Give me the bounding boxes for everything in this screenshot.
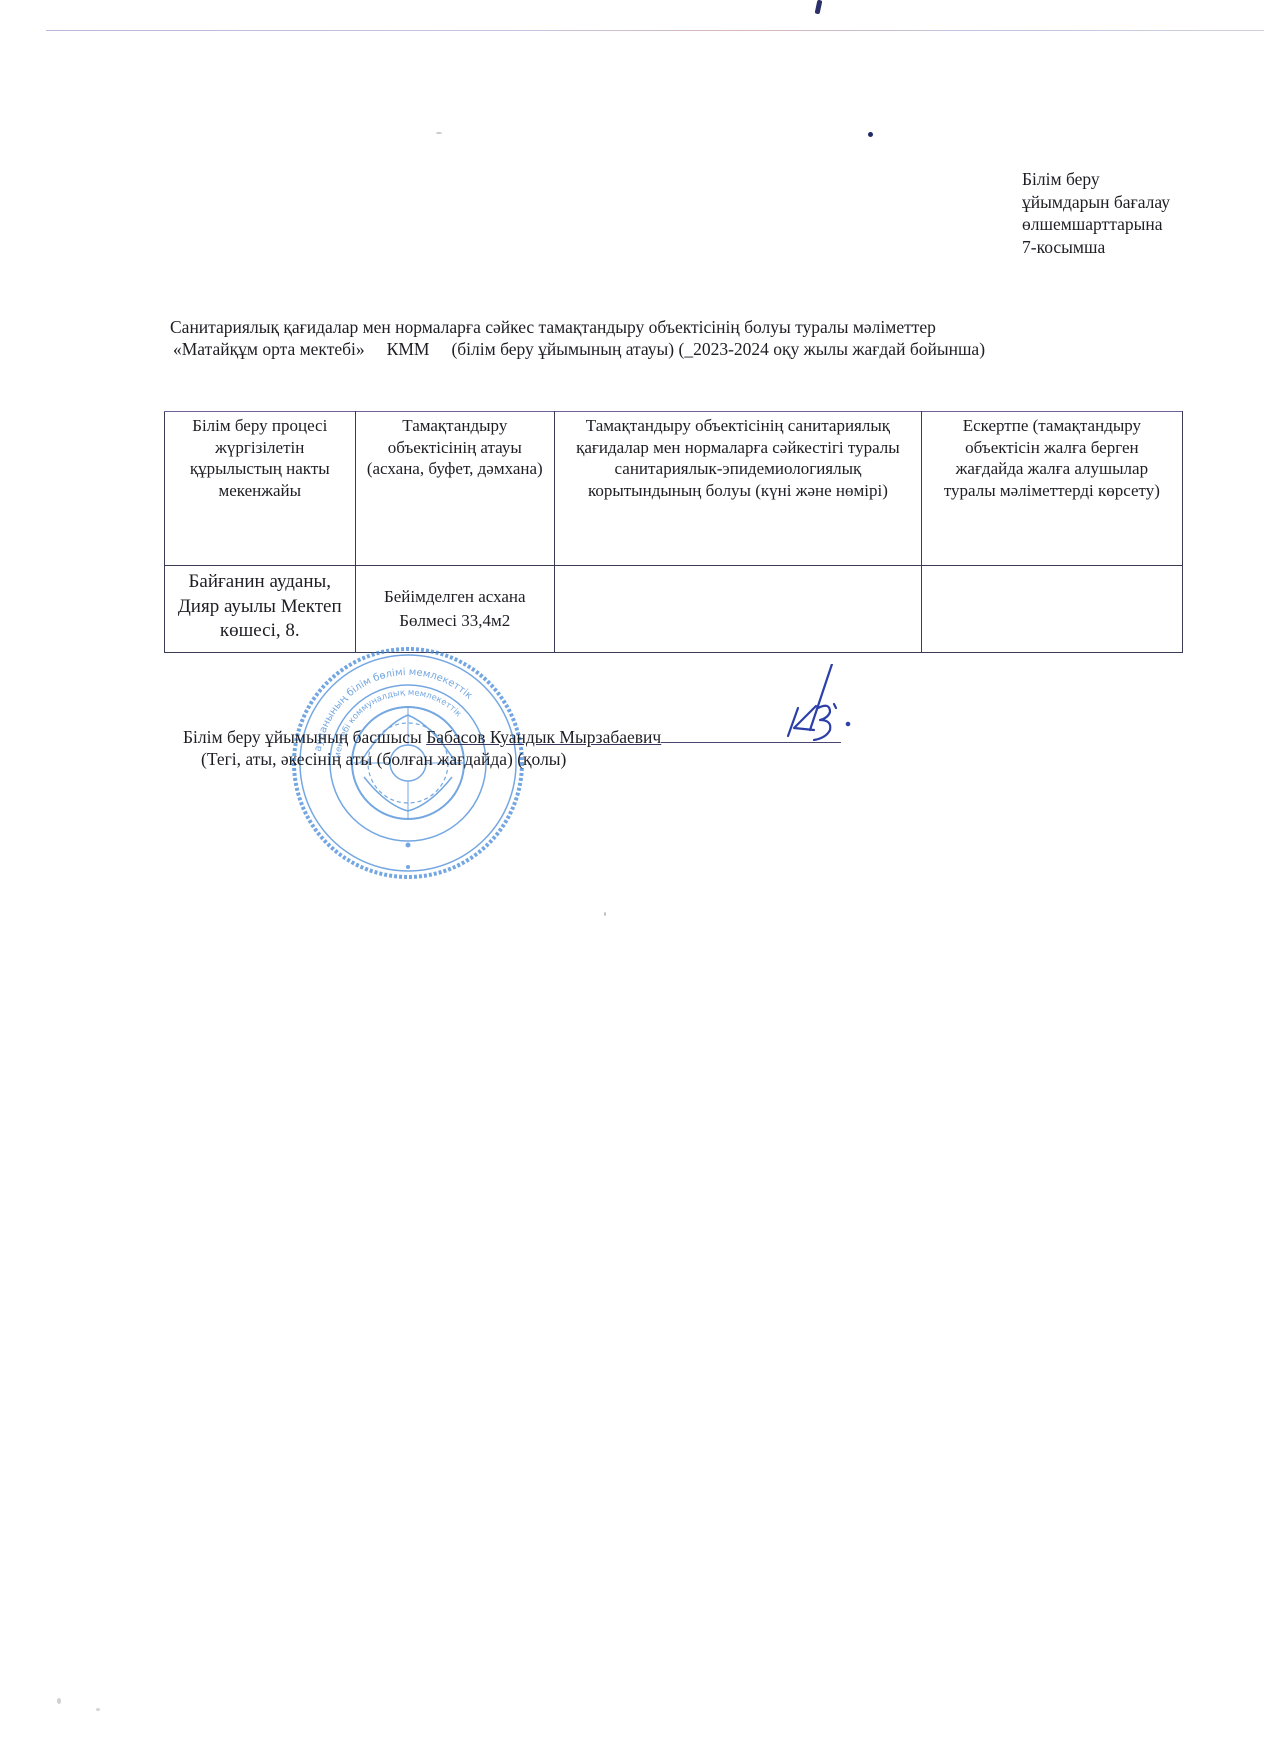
signature-line: Білім беру ұйымының басшысы Бабасов Куан… <box>183 726 841 748</box>
table-row: Байғанин ауданы, Дияр ауылы Мектеп көшес… <box>165 566 1183 653</box>
header-note: Ескертпе (тамақтандыру объектісін жалға … <box>921 412 1182 566</box>
catering-facility-table: Білім беру процесі жүргізілетін құрылыст… <box>164 411 1183 653</box>
cell-object-name: Бейімделген асхана Бөлмесі 33,4м2 <box>355 566 555 653</box>
scan-mark <box>436 132 442 134</box>
header-sanitary-conclusion: Тамақтандыру объектісінің санитариялық қ… <box>555 412 922 566</box>
cell-sanitary-conclusion <box>555 566 922 653</box>
scan-mark <box>815 0 823 14</box>
handwritten-signature-icon <box>770 664 880 744</box>
scan-mark <box>604 912 606 916</box>
table-header-row: Білім беру процесі жүргізілетін құрылыст… <box>165 412 1183 566</box>
scan-mark <box>57 1698 61 1704</box>
signature-block: Білім беру ұйымының басшысы Бабасов Куан… <box>183 726 841 770</box>
title-line-1: Санитариялық қағидалар мен нормаларға сә… <box>170 316 1170 338</box>
annex-reference: Білім беру ұйымдарын бағалау өлшемшартта… <box>1022 168 1170 258</box>
director-name: Бабасов Куандык Мырзабаевич <box>426 727 661 747</box>
annex-line: өлшемшарттарына <box>1022 213 1170 236</box>
cell-note <box>921 566 1182 653</box>
document-title: Санитариялық қағидалар мен нормаларға сә… <box>170 316 1170 360</box>
signature-label: Білім беру ұйымының басшысы <box>183 727 422 747</box>
annex-line: Білім беру <box>1022 168 1170 191</box>
organization-type: КММ <box>387 339 430 359</box>
annex-line: 7-косымша <box>1022 236 1170 259</box>
scan-top-rule <box>46 30 1264 31</box>
annex-line: ұйымдарын бағалау <box>1022 191 1170 214</box>
header-address: Білім беру процесі жүргізілетін құрылыст… <box>165 412 356 566</box>
title-caption: (білім беру ұйымының атауы) (_2023-2024 … <box>451 339 985 359</box>
scan-mark <box>868 132 873 137</box>
header-object-name: Тамақтандыру объектісінің атауы (асхана,… <box>355 412 555 566</box>
organization-name: «Матайқұм орта мектебі» <box>173 339 365 359</box>
signature-caption: (Тегі, аты, әкесінің аты (болған жағдайд… <box>183 748 841 770</box>
cell-address: Байғанин ауданы, Дияр ауылы Мектеп көшес… <box>165 566 356 653</box>
scan-mark <box>96 1708 100 1711</box>
title-line-2: «Матайқұм орта мектебі»КММ(білім беру ұй… <box>170 338 1170 360</box>
